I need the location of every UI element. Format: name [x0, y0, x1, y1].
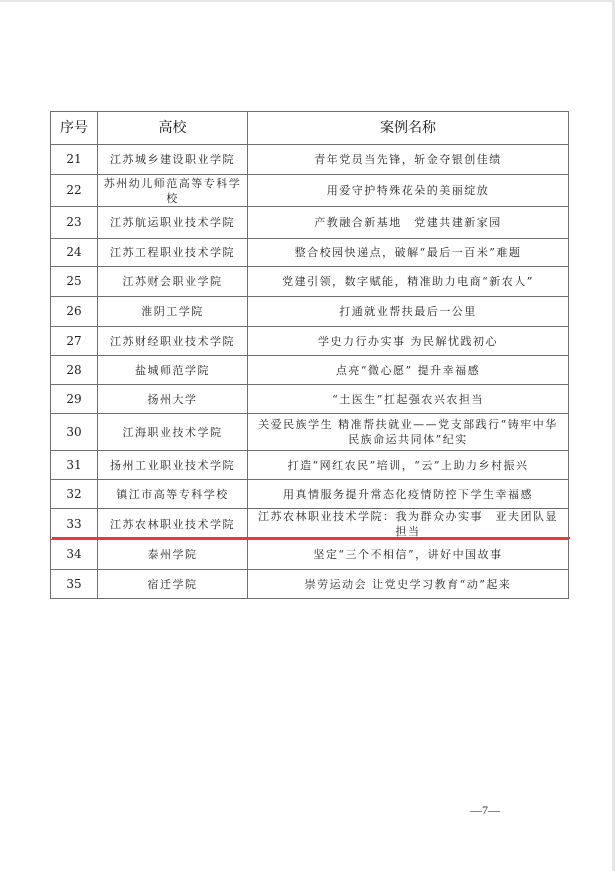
row-school-name: 扬州工业职业技术学院	[98, 451, 248, 480]
row-school-name: 扬州大学	[98, 385, 248, 414]
row-case-name: 崇劳运动会 让党史学习教育“动”起来	[248, 570, 569, 599]
table-row: 32镇江市高等专科学校用真情服务提升常态化疫情防控下学生幸福感	[51, 480, 569, 509]
row-serial-number: 29	[51, 385, 98, 414]
row-serial-number: 23	[51, 207, 98, 239]
row-school-name: 江苏城乡建设职业学院	[98, 145, 248, 175]
row-serial-number: 32	[51, 480, 98, 509]
header-serial-number: 序号	[51, 112, 98, 145]
row-case-name: 学史力行办实事 为民解忧践初心	[248, 327, 569, 356]
row-serial-number: 24	[51, 239, 98, 267]
row-serial-number: 31	[51, 451, 98, 480]
row-case-name: 点亮“微心愿” 提升幸福感	[248, 356, 569, 385]
table-row: 31扬州工业职业技术学院打造“网红农民”培训，“云”上助力乡村振兴	[51, 451, 569, 480]
row-school-name: 淮阴工学院	[98, 297, 248, 327]
row-serial-number: 33	[51, 509, 98, 540]
row-case-name: 江苏农林职业技术学院：我为群众办实事 亚夫团队显担当	[248, 509, 569, 540]
row-serial-number: 34	[51, 540, 98, 570]
row-school-name: 江苏农林职业技术学院	[98, 509, 248, 540]
table-row: 21江苏城乡建设职业学院青年党员当先锋，斩金夺银创佳绩	[51, 145, 569, 175]
row-case-name: 打通就业帮扶最后一公里	[248, 297, 569, 327]
table-row: 34泰州学院坚定“三个不相信”，讲好中国故事	[51, 540, 569, 570]
row-serial-number: 28	[51, 356, 98, 385]
row-serial-number: 22	[51, 175, 98, 207]
row-serial-number: 21	[51, 145, 98, 175]
table-row: 25江苏财会职业学院党建引领，数字赋能，精准助力电商“新农人”	[51, 267, 569, 297]
row-school-name: 苏州幼儿师范高等专科学校	[98, 175, 248, 207]
row-school-name: 江苏财会职业学院	[98, 267, 248, 297]
row-school-name: 江海职业技术学院	[98, 414, 248, 451]
row-case-name: 关爱民族学生 精准帮扶就业——党支部践行“铸牢中华民族命运共同体”纪实	[248, 414, 569, 451]
row-school-name: 镇江市高等专科学校	[98, 480, 248, 509]
row-serial-number: 27	[51, 327, 98, 356]
row-serial-number: 35	[51, 570, 98, 599]
row-school-name: 盐城师范学院	[98, 356, 248, 385]
row-serial-number: 30	[51, 414, 98, 451]
table-header-row: 序号 高校 案例名称	[51, 112, 569, 145]
row-case-name: 整合校园快递点，破解“最后一百米”难题	[248, 239, 569, 267]
table-row: 26淮阴工学院打通就业帮扶最后一公里	[51, 297, 569, 327]
case-list-table: 序号 高校 案例名称 21江苏城乡建设职业学院青年党员当先锋，斩金夺银创佳绩22…	[50, 111, 569, 599]
row-serial-number: 26	[51, 297, 98, 327]
row-case-name: 用真情服务提升常态化疫情防控下学生幸福感	[248, 480, 569, 509]
row-case-name: 坚定“三个不相信”，讲好中国故事	[248, 540, 569, 570]
row-case-name: 青年党员当先锋，斩金夺银创佳绩	[248, 145, 569, 175]
page-number: —7—	[470, 803, 500, 818]
row-serial-number: 25	[51, 267, 98, 297]
row-case-name: 党建引领，数字赋能，精准助力电商“新农人”	[248, 267, 569, 297]
row-case-name: “土医生”扛起强农兴农担当	[248, 385, 569, 414]
table-row: 28盐城师范学院点亮“微心愿” 提升幸福感	[51, 356, 569, 385]
table-row: 30江海职业技术学院关爱民族学生 精准帮扶就业——党支部践行“铸牢中华民族命运共…	[51, 414, 569, 451]
table-row: 35宿迁学院崇劳运动会 让党史学习教育“动”起来	[51, 570, 569, 599]
row-case-name: 打造“网红农民”培训，“云”上助力乡村振兴	[248, 451, 569, 480]
table-row: 27江苏财经职业技术学院学史力行办实事 为民解忧践初心	[51, 327, 569, 356]
table-row: 29扬州大学“土医生”扛起强农兴农担当	[51, 385, 569, 414]
row-school-name: 江苏工程职业技术学院	[98, 239, 248, 267]
table-row: 23江苏航运职业技术学院产教融合新基地 党建共建新家园	[51, 207, 569, 239]
row-school-name: 泰州学院	[98, 540, 248, 570]
row-school-name: 江苏航运职业技术学院	[98, 207, 248, 239]
row-school-name: 江苏财经职业技术学院	[98, 327, 248, 356]
row-case-name: 用爱守护特殊花朵的美丽绽放	[248, 175, 569, 207]
row-case-name: 产教融合新基地 党建共建新家园	[248, 207, 569, 239]
header-case-name: 案例名称	[248, 112, 569, 145]
red-annotation-line	[52, 537, 570, 539]
table-row: 33江苏农林职业技术学院江苏农林职业技术学院：我为群众办实事 亚夫团队显担当	[51, 509, 569, 540]
table-row: 22苏州幼儿师范高等专科学校用爱守护特殊花朵的美丽绽放	[51, 175, 569, 207]
row-school-name: 宿迁学院	[98, 570, 248, 599]
table-row: 24江苏工程职业技术学院整合校园快递点，破解“最后一百米”难题	[51, 239, 569, 267]
header-school: 高校	[98, 112, 248, 145]
